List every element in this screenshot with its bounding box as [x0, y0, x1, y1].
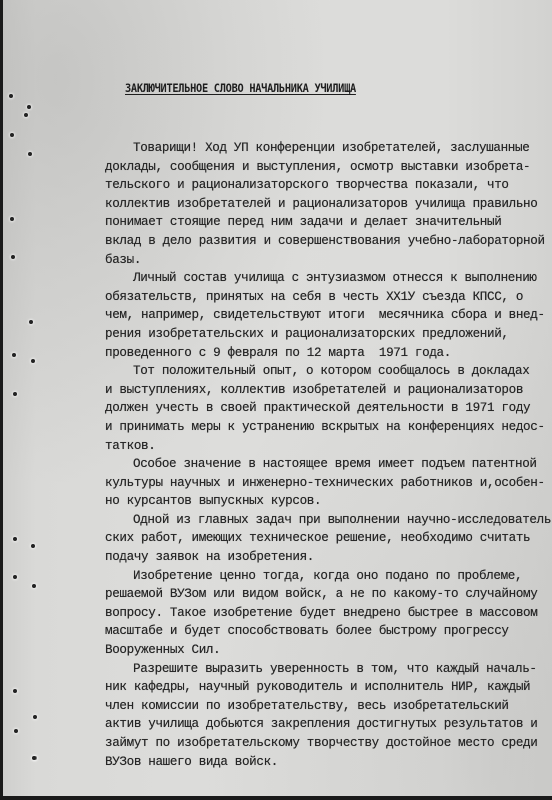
text-line: тельского и рационализаторского творчест…	[105, 176, 552, 195]
punch-hole	[28, 152, 32, 156]
punch-hole	[27, 105, 31, 109]
punch-hole	[32, 756, 36, 760]
punch-hole	[14, 729, 18, 733]
text-line: понимает стоящие перед ним задачи и дела…	[105, 213, 552, 232]
document-body: Товарищи! Ход УП конференции изобретател…	[105, 139, 552, 771]
document-title: ЗАКЛЮЧИТЕЛЬНОЕ СЛОВО НАЧАЛЬНИКА УЧИЛИЩА	[125, 82, 356, 95]
punch-hole	[32, 584, 36, 588]
text-line: вклад в дело развития и совершенствовани…	[105, 232, 552, 251]
text-line: актив училища добьются закрепления дости…	[105, 715, 552, 734]
text-line: татков.	[105, 437, 552, 456]
punch-hole	[13, 575, 17, 579]
text-line: ских работ, имеющих техническое решение,…	[105, 529, 552, 548]
punch-hole	[11, 255, 15, 259]
text-line: Разрешите выразить уверенность в том, чт…	[105, 660, 552, 679]
text-line: ник кафедры, научный руководитель и испо…	[105, 678, 552, 697]
text-line: Личный состав училища с энтузиазмом отне…	[105, 269, 552, 288]
text-line: культуры научных и инженерно-технических…	[105, 474, 552, 493]
punch-hole	[31, 544, 35, 548]
punch-hole	[10, 217, 14, 221]
text-line: рения изобретательских и рационализаторс…	[105, 325, 552, 344]
text-line: проведенного с 9 февраля по 12 марта 197…	[105, 344, 552, 363]
text-line: должен учесть в своей практической деяте…	[105, 399, 552, 418]
text-line: масштабе и будет способствовать более бы…	[105, 622, 552, 641]
scan-edge-bottom	[0, 796, 552, 800]
punch-hole	[13, 537, 17, 541]
punch-hole	[29, 320, 33, 324]
text-line: Тот положительный опыт, о котором сообща…	[105, 362, 552, 381]
scan-edge-left	[0, 0, 3, 800]
punch-hole	[13, 689, 17, 693]
punch-hole	[33, 715, 37, 719]
text-line: решаемой ВУЗом или видом войск, а не по …	[105, 585, 552, 604]
punch-hole	[31, 359, 35, 363]
text-line: чем, например, свидетельствуют итоги мес…	[105, 306, 552, 325]
document-page: ЗАКЛЮЧИТЕЛЬНОЕ СЛОВО НАЧАЛЬНИКА УЧИЛИЩА …	[3, 0, 552, 796]
text-line: вопросу. Такое изобретение будет внедрен…	[105, 604, 552, 623]
text-line: ВУЗов нашего вида войск.	[105, 753, 552, 772]
text-line: но курсантов выпускных курсов.	[105, 492, 552, 511]
punch-hole	[10, 133, 14, 137]
text-line: Особое значение в настоящее время имеет …	[105, 455, 552, 474]
text-line: коллектив изобретателей и рационализатор…	[105, 195, 552, 214]
text-line: обязательств, принятых на себя в честь X…	[105, 288, 552, 307]
text-line: член комиссии по изобретательству, весь …	[105, 697, 552, 716]
text-line: Вооруженных Сил.	[105, 641, 552, 660]
text-line: и принимать меры к устранению вскрытых н…	[105, 418, 552, 437]
text-line: подачу заявок на изобретения.	[105, 548, 552, 567]
text-line: Товарищи! Ход УП конференции изобретател…	[105, 139, 552, 158]
punch-hole	[24, 113, 28, 117]
text-line: займут по изобретательскому творчеству д…	[105, 734, 552, 753]
text-line: Одной из главных задач при выполнении на…	[105, 511, 552, 530]
punch-hole	[9, 94, 13, 98]
text-line: доклады, сообщения и выступления, осмотр…	[105, 158, 552, 177]
punch-hole	[13, 392, 17, 396]
text-line: Изобретение ценно тогда, когда оно подан…	[105, 567, 552, 586]
text-line: и выступлениях, коллектив изобретателей …	[105, 381, 552, 400]
punch-hole	[12, 353, 16, 357]
text-line: базы.	[105, 251, 552, 270]
